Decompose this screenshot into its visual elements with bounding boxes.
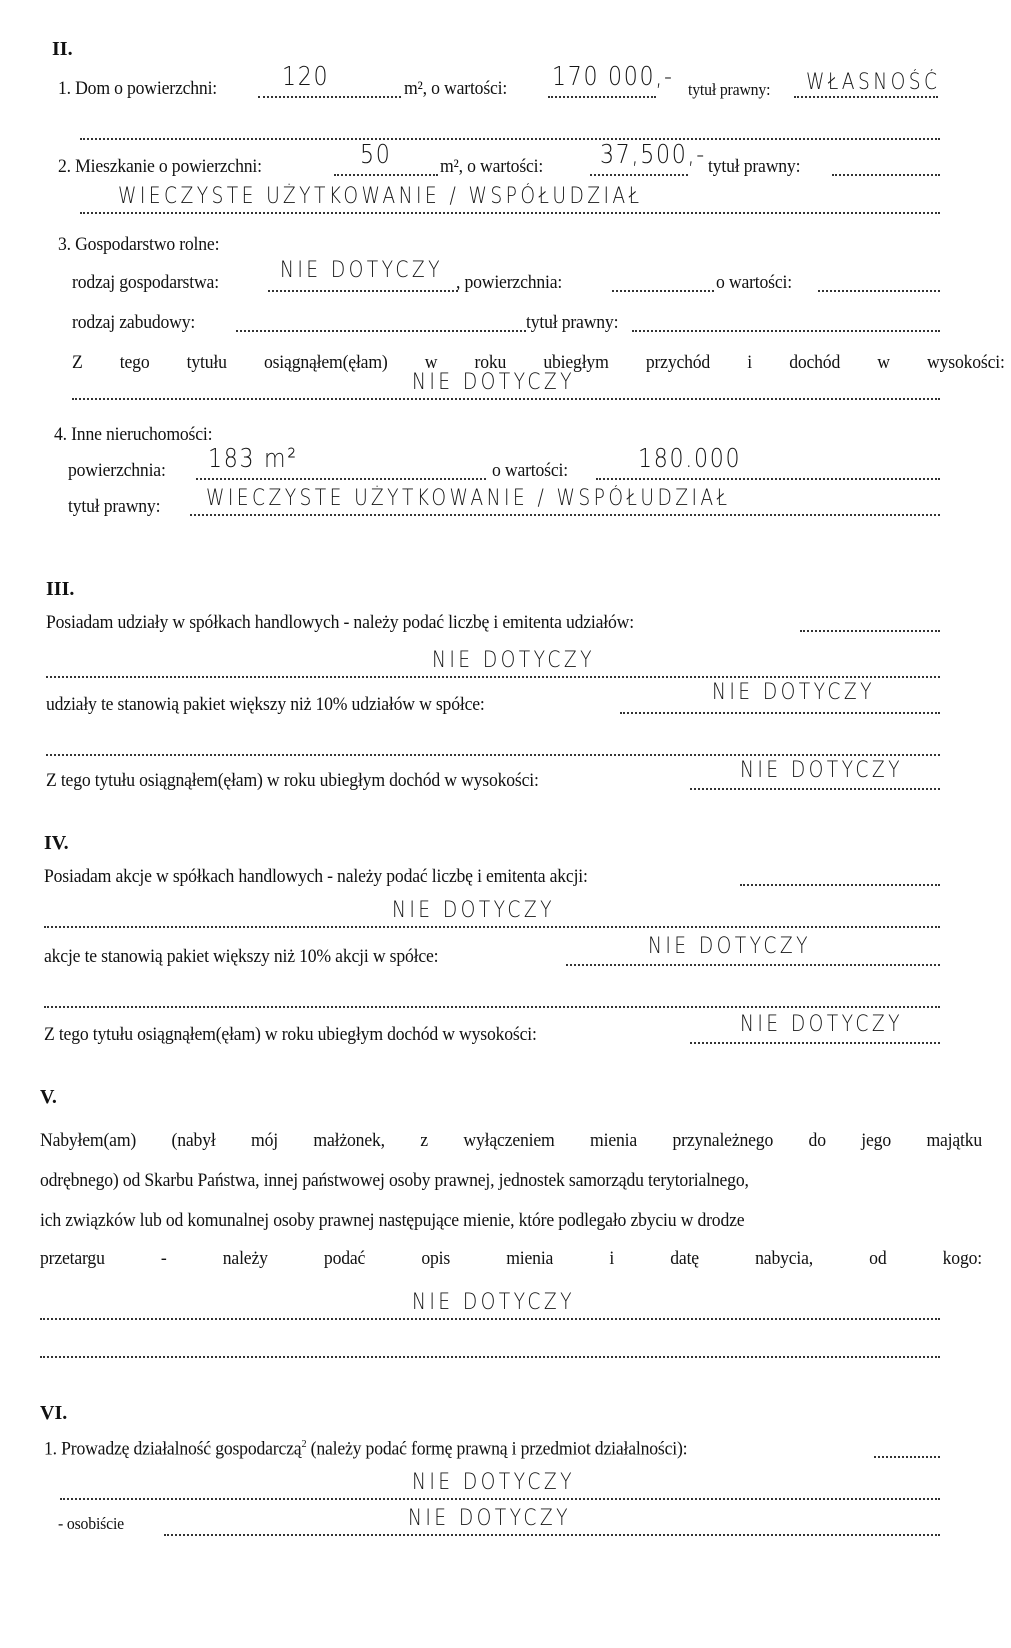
section-heading-iii: III. (46, 578, 74, 601)
stocks-packet-value: NIE DOTYCZY (648, 934, 811, 959)
farm-title-label: tytuł prawny: (526, 312, 618, 334)
farm-value-label: o wartości: (716, 272, 792, 294)
section-heading-v: V. (40, 1086, 57, 1109)
other-property-label: 4. Inne nieruchomości: (54, 424, 212, 446)
house-title-label: tytuł prawny: (688, 80, 770, 100)
house-area-field[interactable] (258, 96, 401, 98)
house-title-value: WŁASNOŚĆ (806, 70, 940, 95)
house-value-field[interactable] (548, 96, 656, 98)
flat-title-value: WIECZYSTE UŻYTKOWANIE / WSPÓŁUDZIAŁ (118, 184, 642, 209)
acquisition-field-b[interactable] (40, 1356, 940, 1358)
other-title-label: tytuł prawny: (68, 496, 160, 518)
section-heading-ii: II. (52, 38, 73, 61)
acquisition-text-line3: ich związków lub od komunalnej osoby pra… (40, 1210, 744, 1232)
farm-title-field[interactable] (632, 330, 940, 332)
farm-type-label: rodzaj gospodarstwa: (72, 272, 219, 294)
other-title-value: WIECZYSTE UŻYTKOWANIE / WSPÓŁUDZIAŁ (206, 486, 730, 511)
shares-packet-extra-line[interactable] (46, 754, 940, 756)
section-heading-vi: VI. (40, 1402, 67, 1425)
other-area-field[interactable] (196, 478, 486, 480)
other-area-value: 183 m² (208, 444, 298, 474)
shares-field-a[interactable] (800, 630, 940, 632)
farm-income-value: NIE DOTYCZY (412, 370, 575, 395)
other-title-field[interactable] (190, 514, 940, 516)
business-label: 1. Prowadzę działalność gospodarczą2 (na… (44, 1438, 687, 1460)
acquisition-text-line1: Nabyłem(am)(nabyłmójmałżonek,zwyłączenie… (40, 1130, 982, 1152)
business-field-a[interactable] (874, 1456, 940, 1458)
shares-label: Posiadam udziały w spółkach handlowych -… (46, 612, 634, 634)
farm-building-field[interactable] (236, 330, 526, 332)
stocks-income-label: Z tego tytułu osiągnąłem(ęłam) w roku ub… (44, 1024, 537, 1046)
other-value-value: 180.000 (638, 444, 741, 474)
shares-packet-field[interactable] (620, 712, 940, 714)
farm-area-label: , powierzchnia: (456, 272, 562, 294)
business-value: NIE DOTYCZY (412, 1470, 575, 1495)
farm-type-field[interactable] (268, 290, 458, 292)
other-value-field[interactable] (596, 478, 940, 480)
flat-title-label: tytuł prawny: (708, 156, 800, 178)
shares-income-field[interactable] (690, 788, 940, 790)
business-field-b[interactable] (60, 1498, 940, 1500)
flat-title-field[interactable] (832, 174, 940, 176)
stocks-income-field[interactable] (690, 1042, 940, 1044)
stocks-income-value: NIE DOTYCZY (740, 1012, 903, 1037)
house-area-label: 1. Dom o powierzchni: (58, 78, 217, 100)
flat-area-label: 2. Mieszkanie o powierzchni: (58, 156, 262, 178)
shares-value: NIE DOTYCZY (432, 648, 595, 673)
farm-income-field[interactable] (72, 398, 940, 400)
other-value-label: o wartości: (492, 460, 568, 482)
farm-area-field[interactable] (612, 290, 714, 292)
house-title-field[interactable] (794, 96, 938, 98)
flat-value-field[interactable] (590, 174, 688, 176)
other-area-label: powierzchnia: (68, 460, 166, 482)
farm-type-value: NIE DOTYCZY (280, 258, 443, 283)
shares-income-label: Z tego tytułu osiągnąłem(ęłam) w roku ub… (46, 770, 539, 792)
flat-area-field[interactable] (334, 174, 438, 176)
house-extra-line[interactable] (80, 138, 940, 140)
shares-packet-value: NIE DOTYCZY (712, 680, 875, 705)
flat-value-label: m², o wartości: (440, 156, 543, 178)
stocks-field-a[interactable] (740, 884, 940, 886)
acquisition-text-line2: odrębnego) od Skarbu Państwa, innej pańs… (40, 1170, 749, 1192)
stocks-packet-field[interactable] (566, 964, 940, 966)
house-value-label: m², o wartości: (404, 78, 507, 100)
shares-income-value: NIE DOTYCZY (740, 758, 903, 783)
house-area-value: 120 (282, 62, 329, 92)
personal-field[interactable] (164, 1534, 940, 1536)
shares-packet-label: udziały te stanowią pakiet większy niż 1… (46, 694, 485, 716)
stocks-packet-extra-line[interactable] (44, 1006, 940, 1008)
acquisition-field-a[interactable] (40, 1318, 940, 1320)
flat-title-line[interactable] (80, 212, 940, 214)
personal-label: - osobiście (58, 1514, 124, 1534)
flat-value-value: 37,500,- (600, 140, 706, 170)
farm-value-field[interactable] (818, 290, 940, 292)
personal-value: NIE DOTYCZY (408, 1506, 571, 1531)
flat-area-value: 50 (360, 140, 392, 170)
stocks-field-b[interactable] (44, 926, 940, 928)
acquisition-text-line4: przetargu-należypodaćopismieniaidatęnaby… (40, 1248, 982, 1270)
stocks-label: Posiadam akcje w spółkach handlowych - n… (44, 866, 588, 888)
shares-field-b[interactable] (46, 676, 940, 678)
house-value-value: 170 000,- (552, 62, 674, 92)
farm-building-label: rodzaj zabudowy: (72, 312, 195, 334)
stocks-packet-label: akcje te stanowią pakiet większy niż 10%… (44, 946, 438, 968)
stocks-value: NIE DOTYCZY (392, 898, 555, 923)
section-heading-iv: IV. (44, 832, 69, 855)
farm-label: 3. Gospodarstwo rolne: (58, 234, 219, 256)
acquisition-value: NIE DOTYCZY (412, 1290, 575, 1315)
